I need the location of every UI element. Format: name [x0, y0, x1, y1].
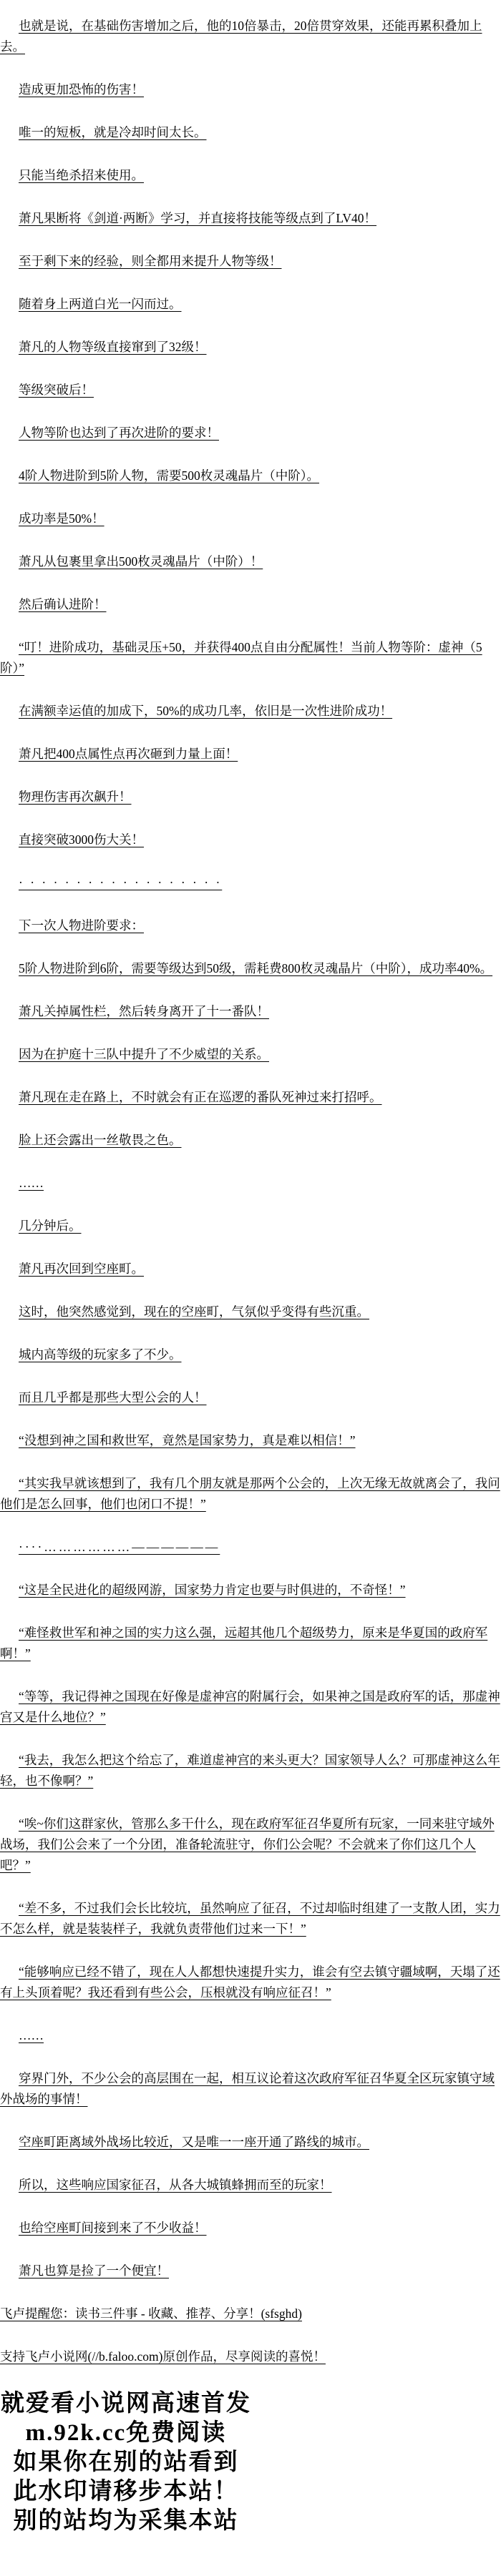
- novel-paragraph: 等级突破后！: [0, 380, 501, 400]
- novel-paragraph: 人物等阶也达到了再次进阶的要求！: [0, 423, 501, 443]
- novel-paragraph: 脸上还会露出一丝敬畏之色。: [0, 1130, 501, 1151]
- novel-paragraph: 空座町距离域外战场比较近，又是唯一一座开通了路线的城市。: [0, 2132, 501, 2153]
- novel-paragraph: “唉~你们这群家伙，管那么多干什么，现在政府军征召华夏所有玩家，一同来驻守域外战…: [0, 1814, 501, 1876]
- watermark-block: 就爱看小说网高速首发 m.92k.cc免费阅读 如果你在别的站看到 此水印请移步…: [0, 2389, 252, 2536]
- novel-paragraph: 造成更加恐怖的伤害！: [0, 79, 501, 100]
- novel-paragraph: “难怪救世军和神之国的实力这么强，远超其他几个超级势力，原来是华夏国的政府军啊！…: [0, 1623, 501, 1664]
- novel-paragraph: “其实我早就该想到了，我有几个朋友就是那两个公会的，上次无缘无故就离会了，我问他…: [0, 1473, 501, 1515]
- novel-paragraph: 萧凡也算是捡了一个便宜！: [0, 2261, 501, 2281]
- watermark-line: 如果你在别的站看到: [0, 2448, 252, 2477]
- novel-paragraph: 萧凡的人物等级直接窜到了32级！: [0, 337, 501, 358]
- novel-paragraph: 直接突破3000伤大关！: [0, 830, 501, 850]
- novel-paragraph: 然后确认进阶！: [0, 594, 501, 615]
- novel-paragraph: 这时，他突然感觉到，现在的空座町，气氛似乎变得有些沉重。: [0, 1302, 501, 1322]
- novel-paragraph: 物理伤害再次飙升！: [0, 787, 501, 807]
- novel-paragraph: 城内高等级的玩家多了不少。: [0, 1344, 501, 1365]
- novel-paragraph: 成功率是50%！: [0, 508, 501, 529]
- novel-paragraph: 也就是说，在基础伤害增加之后，他的10倍暴击，20倍贯穿效果，还能再累积叠加上去…: [0, 16, 501, 57]
- novel-reader-page: 也就是说，在基础伤害增加之后，他的10倍暴击，20倍贯穿效果，还能再累积叠加上去…: [0, 0, 501, 2576]
- novel-paragraph: 只能当绝杀招来使用。: [0, 165, 501, 186]
- novel-paragraph: 在满额幸运值的加成下，50%的成功几率，依旧是一次性进阶成功！: [0, 701, 501, 722]
- novel-paragraph: 萧凡把400点属性点再次砸到力量上面！: [0, 744, 501, 765]
- novel-paragraph: 所以，这些响应国家征召，从各大城镇蜂拥而至的玩家！: [0, 2175, 501, 2196]
- novel-paragraph: “这是全民进化的超级网游，国家势力肯定也要与时俱进的，不奇怪！”: [0, 1580, 501, 1601]
- ellipsis-paragraph: ……: [0, 1173, 501, 1194]
- novel-paragraph: 萧凡从包裹里拿出500枚灵魂晶片（中阶）！: [0, 551, 501, 572]
- faloo-support-line: 支持飞卢小说网(//b.faloo.com)原创作品，尽享阅读的喜悦！: [0, 2346, 501, 2367]
- novel-paragraph: 几分钟后。: [0, 1216, 501, 1237]
- novel-paragraph: “叮！进阶成功，基础灵压+50，并获得400点自由分配属性！当前人物等阶：虚神（…: [0, 637, 501, 679]
- novel-paragraph: “没想到神之国和救世军，竟然是国家势力，真是难以相信！”: [0, 1430, 501, 1451]
- novel-paragraph: 随着身上两道白光一闪而过。: [0, 294, 501, 315]
- novel-paragraph: 也给空座町间接到来了不少收益！: [0, 2218, 501, 2238]
- dots-divider: · · · · · · · · · · · · · · · · · ·: [0, 872, 501, 893]
- novel-paragraph: 因为在护庭十三队中提升了不少威望的关系。: [0, 1044, 501, 1065]
- chapter-text: 也就是说，在基础伤害增加之后，他的10倍暴击，20倍贯穿效果，还能再累积叠加上去…: [0, 16, 501, 2367]
- dots-divider: ····………………――――――: [0, 1537, 501, 1558]
- novel-paragraph: 萧凡现在走在路上，不时就会有正在巡逻的番队死神过来打招呼。: [0, 1087, 501, 1108]
- novel-paragraph: 下一次人物进阶要求：: [0, 915, 501, 936]
- watermark-line: 别的站均为采集本站: [0, 2507, 252, 2536]
- novel-paragraph: 穿界门外，不少公会的高层围在一起，相互议论着这次政府军征召华夏全区玩家镇守域外战…: [0, 2068, 501, 2110]
- watermark-line: 就爱看小说网高速首发: [0, 2389, 252, 2419]
- novel-paragraph: 唯一的短板，就是冷却时间太长。: [0, 122, 501, 143]
- novel-paragraph: 萧凡关掉属性栏，然后转身离开了十一番队！: [0, 1001, 501, 1022]
- novel-paragraph: 而且几乎都是那些大型公会的人！: [0, 1387, 501, 1408]
- ellipsis-paragraph: ……: [0, 2025, 501, 2046]
- novel-paragraph: 至于剩下来的经验，则全都用来提升人物等级！: [0, 251, 501, 272]
- novel-paragraph: 4阶人物进阶到5阶人物，需要500枚灵魂晶片（中阶）。: [0, 466, 501, 486]
- watermark-line: m.92k.cc免费阅读: [0, 2419, 252, 2448]
- novel-paragraph: “差不多，不过我们会长比较坑，虽然响应了征召，不过却临时组建了一支散人团，实力不…: [0, 1898, 501, 1940]
- faloo-reminder-line: 飞卢提醒您：读书三件事 - 收藏、推荐、分享！(sfsghd): [0, 2304, 501, 2324]
- novel-paragraph: “等等，我记得神之国现在好像是虚神宫的附属行会，如果神之国是政府军的话，那虚神宫…: [0, 1686, 501, 1728]
- watermark-line: 此水印请移步本站！: [0, 2477, 252, 2507]
- novel-paragraph: 萧凡再次回到空座町。: [0, 1259, 501, 1279]
- novel-paragraph: “能够响应已经不错了，现在人人都想快速提升实力，谁会有空去镇守疆域啊，天塌了还有…: [0, 1962, 501, 2003]
- novel-paragraph: 萧凡果断将《剑道·两断》学习，并直接将技能等级点到了LV40！: [0, 208, 501, 229]
- novel-paragraph: “我去，我怎么把这个给忘了，难道虚神宫的来头更大？国家领导人么？可那虚神这么年轻…: [0, 1750, 501, 1791]
- novel-paragraph: 5阶人物进阶到6阶，需要等级达到50级，需耗费800枚灵魂晶片（中阶），成功率4…: [0, 958, 501, 979]
